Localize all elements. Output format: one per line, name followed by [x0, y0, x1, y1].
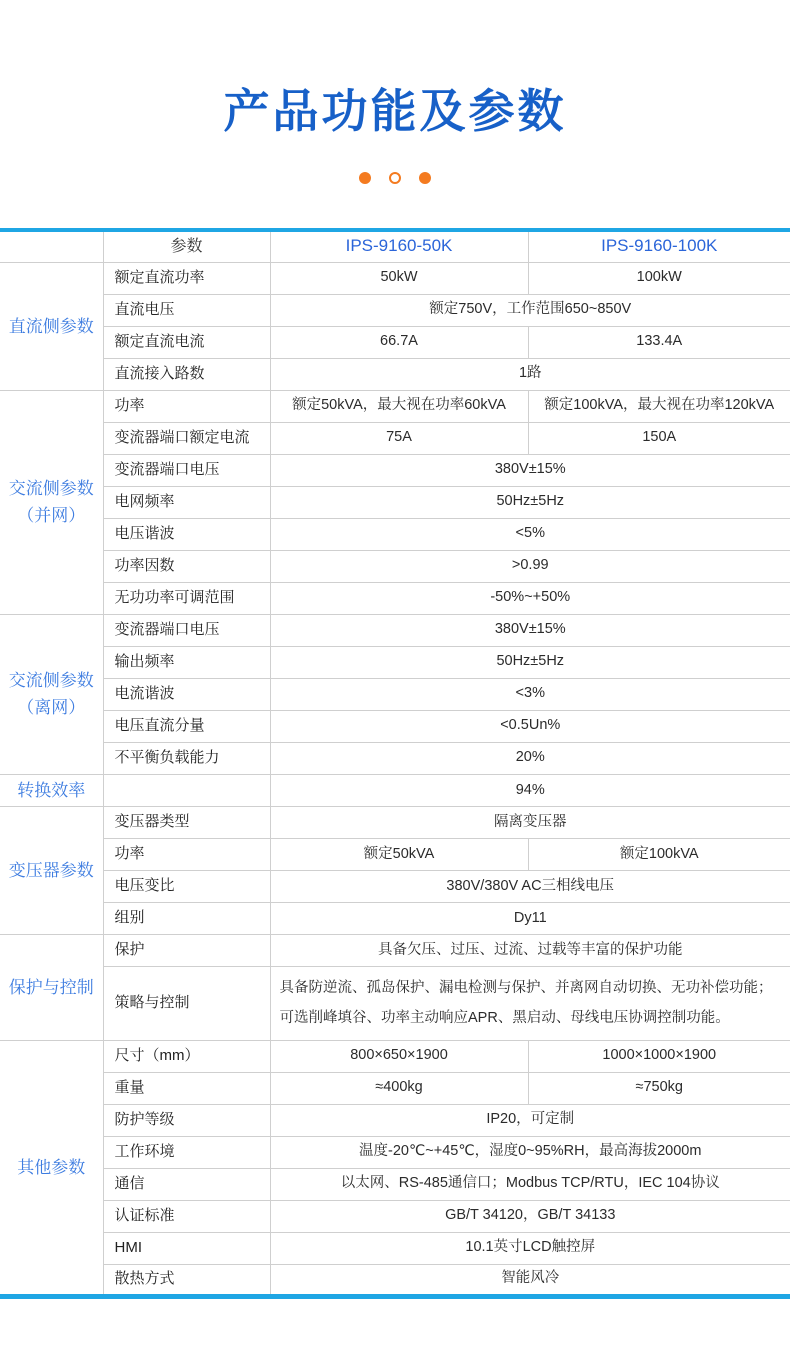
value-cell: 智能风冷	[270, 1264, 790, 1296]
category-cell: 交流侧参数（并网）	[0, 390, 103, 614]
param-cell: 变流器端口额定电流	[103, 422, 270, 454]
value-cell: 66.7A	[270, 326, 528, 358]
param-cell: 无功功率可调范围	[103, 582, 270, 614]
table-row: 认证标准GB/T 34120，GB/T 34133	[0, 1200, 790, 1232]
table-row: 直流侧参数额定直流功率50kW100kW	[0, 262, 790, 294]
param-cell: 保护	[103, 934, 270, 966]
value-cell: 133.4A	[528, 326, 790, 358]
table-row: 输出频率50Hz±5Hz	[0, 646, 790, 678]
param-cell: 变压器类型	[103, 806, 270, 838]
value-cell: 1000×1000×1900	[528, 1040, 790, 1072]
table-header-row: 参数 IPS-9160-50K IPS-9160-100K	[0, 230, 790, 262]
value-cell: 380V/380V AC三相线电压	[270, 870, 790, 902]
spec-table-body: 参数 IPS-9160-50K IPS-9160-100K 直流侧参数额定直流功…	[0, 230, 790, 1296]
param-cell: 额定直流功率	[103, 262, 270, 294]
value-cell: 94%	[270, 774, 790, 806]
param-cell: 通信	[103, 1168, 270, 1200]
value-cell: 380V±15%	[270, 454, 790, 486]
value-cell: 隔离变压器	[270, 806, 790, 838]
table-row: HMI10.1英寸LCD触控屏	[0, 1232, 790, 1264]
table-row: 电压谐波<5%	[0, 518, 790, 550]
param-header-cell: 参数	[103, 230, 270, 262]
table-row: 无功功率可调范围-50%~+50%	[0, 582, 790, 614]
param-cell: 重量	[103, 1072, 270, 1104]
table-row: 变流器端口额定电流75A150A	[0, 422, 790, 454]
param-cell: 电压变比	[103, 870, 270, 902]
param-cell	[103, 774, 270, 806]
value-cell: 800×650×1900	[270, 1040, 528, 1072]
param-cell: 组别	[103, 902, 270, 934]
param-cell: 直流电压	[103, 294, 270, 326]
value-cell: 100kW	[528, 262, 790, 294]
table-row: 重量≈400kg≈750kg	[0, 1072, 790, 1104]
table-row: 变流器端口电压380V±15%	[0, 454, 790, 486]
table-row: 通信以太网、RS-485通信口；Modbus TCP/RTU，IEC 104协议	[0, 1168, 790, 1200]
param-cell: 直流接入路数	[103, 358, 270, 390]
value-cell: 具备防逆流、孤岛保护、漏电检测与保护、并离网自动切换、无功补偿功能；可选削峰填谷…	[270, 966, 790, 1040]
table-row: 功率额定50kVA额定100kVA	[0, 838, 790, 870]
value-cell: -50%~+50%	[270, 582, 790, 614]
value-cell: 1路	[270, 358, 790, 390]
table-row: 保护与控制保护具备欠压、过压、过流、过载等丰富的保护功能	[0, 934, 790, 966]
param-cell: 尺寸（mm）	[103, 1040, 270, 1072]
page-title: 产品功能及参数	[0, 0, 790, 139]
value-cell: <5%	[270, 518, 790, 550]
table-row: 电压直流分量<0.5Un%	[0, 710, 790, 742]
param-cell: 电压直流分量	[103, 710, 270, 742]
param-cell: 功率	[103, 390, 270, 422]
table-row: 直流电压额定750V，工作范围650~850V	[0, 294, 790, 326]
param-cell: 防护等级	[103, 1104, 270, 1136]
param-cell: 变流器端口电压	[103, 614, 270, 646]
category-cell: 变压器参数	[0, 806, 103, 934]
param-cell: 功率	[103, 838, 270, 870]
category-cell: 其他参数	[0, 1040, 103, 1296]
param-cell: 策略与控制	[103, 966, 270, 1040]
param-cell: 电流谐波	[103, 678, 270, 710]
value-cell: <3%	[270, 678, 790, 710]
model-header-50k: IPS-9160-50K	[270, 230, 528, 262]
value-cell: 额定50kVA	[270, 838, 528, 870]
model-header-100k: IPS-9160-100K	[528, 230, 790, 262]
value-cell: ≈750kg	[528, 1072, 790, 1104]
param-cell: 不平衡负载能力	[103, 742, 270, 774]
table-row: 额定直流电流66.7A133.4A	[0, 326, 790, 358]
value-cell: ≈400kg	[270, 1072, 528, 1104]
param-cell: 工作环境	[103, 1136, 270, 1168]
table-row: 变压器参数变压器类型隔离变压器	[0, 806, 790, 838]
param-cell: 认证标准	[103, 1200, 270, 1232]
table-row: 不平衡负载能力20%	[0, 742, 790, 774]
value-cell: 以太网、RS-485通信口；Modbus TCP/RTU，IEC 104协议	[270, 1168, 790, 1200]
table-row: 散热方式智能风冷	[0, 1264, 790, 1296]
table-row: 直流接入路数1路	[0, 358, 790, 390]
value-cell: 50Hz±5Hz	[270, 646, 790, 678]
value-cell: 380V±15%	[270, 614, 790, 646]
param-cell: HMI	[103, 1232, 270, 1264]
value-cell: 额定100kVA	[528, 838, 790, 870]
value-cell: 20%	[270, 742, 790, 774]
table-row: 电压变比380V/380V AC三相线电压	[0, 870, 790, 902]
value-cell: IP20，可定制	[270, 1104, 790, 1136]
table-row: 工作环境温度-20℃~+45℃，湿度0~95%RH，最高海拔2000m	[0, 1136, 790, 1168]
value-cell: 温度-20℃~+45℃，湿度0~95%RH，最高海拔2000m	[270, 1136, 790, 1168]
value-cell: 额定750V，工作范围650~850V	[270, 294, 790, 326]
value-cell: 150A	[528, 422, 790, 454]
value-cell: GB/T 34120，GB/T 34133	[270, 1200, 790, 1232]
value-cell: 具备欠压、过压、过流、过载等丰富的保护功能	[270, 934, 790, 966]
carousel-dots	[0, 172, 790, 184]
value-cell: <0.5Un%	[270, 710, 790, 742]
value-cell: >0.99	[270, 550, 790, 582]
value-cell: 50Hz±5Hz	[270, 486, 790, 518]
carousel-dot[interactable]	[389, 172, 401, 184]
table-row: 交流侧参数（离网）变流器端口电压380V±15%	[0, 614, 790, 646]
table-row: 防护等级IP20，可定制	[0, 1104, 790, 1136]
param-cell: 散热方式	[103, 1264, 270, 1296]
table-row: 转换效率94%	[0, 774, 790, 806]
param-cell: 电网频率	[103, 486, 270, 518]
table-row: 其他参数尺寸（mm）800×650×19001000×1000×1900	[0, 1040, 790, 1072]
table-row: 策略与控制具备防逆流、孤岛保护、漏电检测与保护、并离网自动切换、无功补偿功能；可…	[0, 966, 790, 1040]
table-row: 功率因数>0.99	[0, 550, 790, 582]
table-row: 组别Dy11	[0, 902, 790, 934]
category-header-cell	[0, 230, 103, 262]
spec-table: 参数 IPS-9160-50K IPS-9160-100K 直流侧参数额定直流功…	[0, 228, 790, 1299]
category-cell: 交流侧参数（离网）	[0, 614, 103, 774]
param-cell: 变流器端口电压	[103, 454, 270, 486]
param-cell: 电压谐波	[103, 518, 270, 550]
category-cell: 直流侧参数	[0, 262, 103, 390]
value-cell: 额定100kVA，最大视在功率120kVA	[528, 390, 790, 422]
category-cell: 转换效率	[0, 774, 103, 806]
value-cell: 50kW	[270, 262, 528, 294]
param-cell: 输出频率	[103, 646, 270, 678]
value-cell: 10.1英寸LCD触控屏	[270, 1232, 790, 1264]
value-cell: Dy11	[270, 902, 790, 934]
category-cell: 保护与控制	[0, 934, 103, 1040]
value-cell: 75A	[270, 422, 528, 454]
table-row: 电流谐波<3%	[0, 678, 790, 710]
carousel-dot[interactable]	[359, 172, 371, 184]
value-cell: 额定50kVA，最大视在功率60kVA	[270, 390, 528, 422]
table-row: 交流侧参数（并网）功率额定50kVA，最大视在功率60kVA额定100kVA，最…	[0, 390, 790, 422]
carousel-dot[interactable]	[419, 172, 431, 184]
param-cell: 功率因数	[103, 550, 270, 582]
table-row: 电网频率50Hz±5Hz	[0, 486, 790, 518]
param-cell: 额定直流电流	[103, 326, 270, 358]
